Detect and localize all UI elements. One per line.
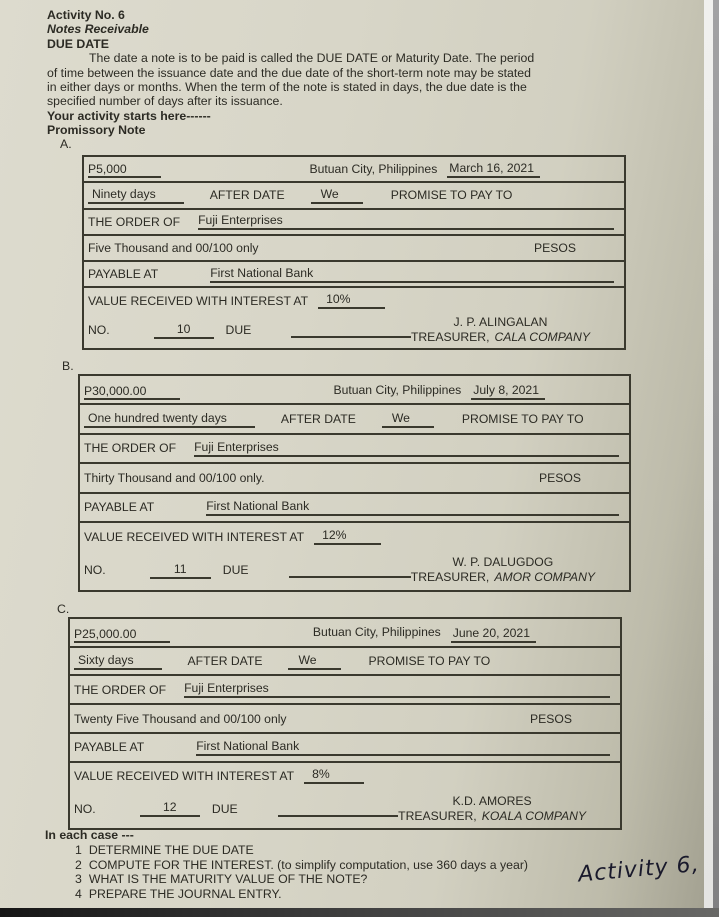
instructions-section: In each case --- 1DETERMINE THE DUE DATE… — [45, 828, 605, 902]
note-amount: P30,000.00 — [84, 384, 180, 400]
no-label: NO. — [88, 323, 110, 337]
note-row-order: THE ORDER OF Fuji Enterprises — [84, 210, 624, 236]
note-row-term: One hundred twenty days AFTER DATE We PR… — [80, 405, 629, 434]
note-a-letter: A. — [60, 137, 72, 151]
photo-bottom-edge — [0, 908, 719, 917]
background-edge-light — [704, 0, 713, 917]
page-subtitle: Notes Receivable — [47, 22, 662, 36]
activity-number: Activity No. 6 — [47, 8, 662, 22]
task-item: 1DETERMINE THE DUE DATE — [45, 843, 605, 858]
intro-line: specified number of days after its issua… — [47, 94, 662, 108]
payable-at-label: PAYABLE AT — [84, 500, 154, 514]
pesos-label: PESOS — [534, 241, 576, 255]
promise-label: PROMISE TO PAY TO — [391, 188, 513, 202]
note-row-interest: VALUE RECEIVED WITH INTEREST AT 10% — [84, 288, 624, 312]
place-label: Butuan City, Philippines — [309, 162, 437, 176]
no-label: NO. — [84, 563, 106, 577]
note-row-interest: VALUE RECEIVED WITH INTEREST AT 8% — [70, 763, 620, 790]
note-row-order: THE ORDER OF Fuji Enterprises — [70, 676, 620, 705]
place-label: Butuan City, Philippines — [313, 625, 441, 639]
due-blank-line — [278, 801, 398, 817]
note-row-amount-words: Twenty Five Thousand and 00/100 only PES… — [70, 705, 620, 734]
photo-scene: Activity No. 6 Notes Receivable DUE DATE… — [0, 0, 719, 917]
payable-at-label: PAYABLE AT — [74, 740, 144, 754]
signer-name: J. P. ALINGALAN — [411, 315, 590, 330]
amount-in-words: Thirty Thousand and 00/100 only. — [84, 471, 264, 485]
note-payee: Fuji Enterprises — [198, 213, 614, 230]
note-row-term: Ninety days AFTER DATE We PROMISE TO PAY… — [84, 183, 624, 209]
note-number: 12 — [140, 800, 200, 817]
signer-name: W. P. DALUGDOG — [411, 555, 595, 570]
note-term: Sixty days — [74, 653, 162, 670]
note-bank: First National Bank — [196, 739, 610, 756]
signature-block: K.D. AMORES TREASURER,KOALA COMPANY — [398, 794, 586, 824]
note-amount: P5,000 — [88, 162, 161, 178]
company-name: KOALA COMPANY — [482, 809, 586, 823]
pesos-label: PESOS — [539, 471, 581, 485]
treasurer-label: TREASURER, — [398, 809, 477, 823]
task-number: 1 — [75, 843, 82, 857]
note-row-amount-date: P25,000.00 Butuan City, Philippines June… — [70, 619, 620, 648]
treasurer-line: TREASURER,AMOR COMPANY — [411, 570, 595, 585]
note-amount: P25,000.00 — [74, 627, 170, 643]
due-label: DUE — [212, 802, 238, 816]
value-received-label: VALUE RECEIVED WITH INTEREST AT — [74, 769, 294, 783]
note-row-payable: PAYABLE AT First National Bank — [84, 262, 624, 288]
promissory-note-c: P25,000.00 Butuan City, Philippines June… — [68, 617, 622, 830]
promissory-note-a: P5,000 Butuan City, Philippines March 16… — [82, 155, 626, 350]
page-header: Activity No. 6 Notes Receivable DUE DATE… — [47, 8, 662, 138]
note-row-term: Sixty days AFTER DATE We PROMISE TO PAY … — [70, 648, 620, 677]
note-row-number-signature: NO. 11 DUE W. P. DALUGDOG TREASURER,AMOR… — [80, 550, 629, 590]
note-payee: Fuji Enterprises — [184, 681, 610, 698]
note-row-amount-date: P30,000.00 Butuan City, Philippines July… — [80, 376, 629, 405]
task-text: COMPUTE FOR THE INTEREST. (to simplify c… — [89, 858, 528, 872]
note-row-amount-words: Five Thousand and 00/100 only PESOS — [84, 236, 624, 262]
section-title: DUE DATE — [47, 37, 662, 51]
value-received-label: VALUE RECEIVED WITH INTEREST AT — [88, 294, 308, 308]
place-label: Butuan City, Philippines — [333, 383, 461, 397]
treasurer-label: TREASURER, — [411, 570, 490, 584]
interest-rate: 10% — [318, 292, 384, 309]
order-of-label: THE ORDER OF — [88, 215, 180, 229]
note-row-order: THE ORDER OF Fuji Enterprises — [80, 435, 629, 464]
pesos-label: PESOS — [530, 712, 572, 726]
note-b-letter: B. — [62, 359, 74, 373]
activity-start-line: Your activity starts here------ — [47, 109, 662, 123]
promissory-note-b: P30,000.00 Butuan City, Philippines July… — [78, 374, 631, 592]
task-text: DETERMINE THE DUE DATE — [89, 843, 254, 857]
note-term: One hundred twenty days — [84, 411, 255, 428]
payable-at-label: PAYABLE AT — [88, 267, 158, 281]
order-of-label: THE ORDER OF — [74, 683, 166, 697]
treasurer-line: TREASURER,CALA COMPANY — [411, 330, 590, 345]
we-value: We — [288, 653, 340, 670]
after-date-label: AFTER DATE — [188, 654, 263, 668]
note-row-amount-words: Thirty Thousand and 00/100 only. PESOS — [80, 464, 629, 493]
note-bank: First National Bank — [206, 499, 619, 516]
due-label: DUE — [223, 563, 249, 577]
note-date: June 20, 2021 — [451, 626, 536, 643]
treasurer-label: TREASURER, — [411, 330, 490, 344]
note-row-number-signature: NO. 10 DUE J. P. ALINGALAN TREASURER,CAL… — [84, 313, 624, 348]
value-received-label: VALUE RECEIVED WITH INTEREST AT — [84, 530, 304, 544]
task-item: 2COMPUTE FOR THE INTEREST. (to simplify … — [45, 858, 605, 873]
order-of-label: THE ORDER OF — [84, 441, 176, 455]
promise-label: PROMISE TO PAY TO — [369, 654, 491, 668]
note-date: March 16, 2021 — [447, 161, 540, 178]
treasurer-line: TREASURER,KOALA COMPANY — [398, 809, 586, 824]
interest-rate: 12% — [314, 528, 380, 545]
task-number: 2 — [75, 858, 82, 872]
after-date-label: AFTER DATE — [281, 412, 356, 426]
intro-line: in either days or months. When the term … — [47, 80, 662, 94]
signature-block: J. P. ALINGALAN TREASURER,CALA COMPANY — [411, 315, 590, 345]
task-number: 4 — [75, 887, 82, 901]
task-number: 3 — [75, 872, 82, 886]
note-number: 11 — [150, 562, 211, 579]
note-row-amount-date: P5,000 Butuan City, Philippines March 16… — [84, 157, 624, 183]
promissory-note-heading: Promissory Note — [47, 123, 662, 137]
task-item: 3WHAT IS THE MATURITY VALUE OF THE NOTE? — [45, 872, 605, 887]
note-number: 10 — [154, 322, 214, 339]
interest-rate: 8% — [304, 767, 364, 784]
in-each-case-heading: In each case --- — [45, 828, 605, 843]
due-blank-line — [291, 322, 411, 338]
note-row-payable: PAYABLE AT First National Bank — [80, 494, 629, 523]
note-row-payable: PAYABLE AT First National Bank — [70, 734, 620, 763]
note-row-interest: VALUE RECEIVED WITH INTEREST AT 12% — [80, 523, 629, 550]
intro-line: The date a note is to be paid is called … — [47, 51, 662, 65]
worksheet-page: Activity No. 6 Notes Receivable DUE DATE… — [0, 0, 705, 917]
company-name: AMOR COMPANY — [494, 570, 595, 584]
signer-name: K.D. AMORES — [398, 794, 586, 809]
note-c-letter: C. — [57, 602, 69, 616]
note-term: Ninety days — [88, 187, 184, 204]
note-row-number-signature: NO. 12 DUE K.D. AMORES TREASURER,KOALA C… — [70, 789, 620, 828]
task-item: 4PREPARE THE JOURNAL ENTRY. — [45, 887, 605, 902]
promise-label: PROMISE TO PAY TO — [462, 412, 584, 426]
we-value: We — [311, 187, 363, 204]
no-label: NO. — [74, 802, 96, 816]
note-date: July 8, 2021 — [471, 383, 545, 400]
amount-in-words: Twenty Five Thousand and 00/100 only — [74, 712, 287, 726]
background-edge-gray — [713, 0, 719, 917]
note-bank: First National Bank — [210, 266, 614, 283]
note-payee: Fuji Enterprises — [194, 440, 619, 457]
due-label: DUE — [226, 323, 252, 337]
we-value: We — [382, 411, 434, 428]
amount-in-words: Five Thousand and 00/100 only — [88, 241, 259, 255]
intro-line: of time between the issuance date and th… — [47, 66, 662, 80]
due-blank-line — [289, 562, 411, 578]
task-text: PREPARE THE JOURNAL ENTRY. — [89, 887, 282, 901]
company-name: CALA COMPANY — [495, 330, 591, 344]
task-text: WHAT IS THE MATURITY VALUE OF THE NOTE? — [89, 872, 368, 886]
after-date-label: AFTER DATE — [210, 188, 285, 202]
signature-block: W. P. DALUGDOG TREASURER,AMOR COMPANY — [411, 555, 595, 585]
